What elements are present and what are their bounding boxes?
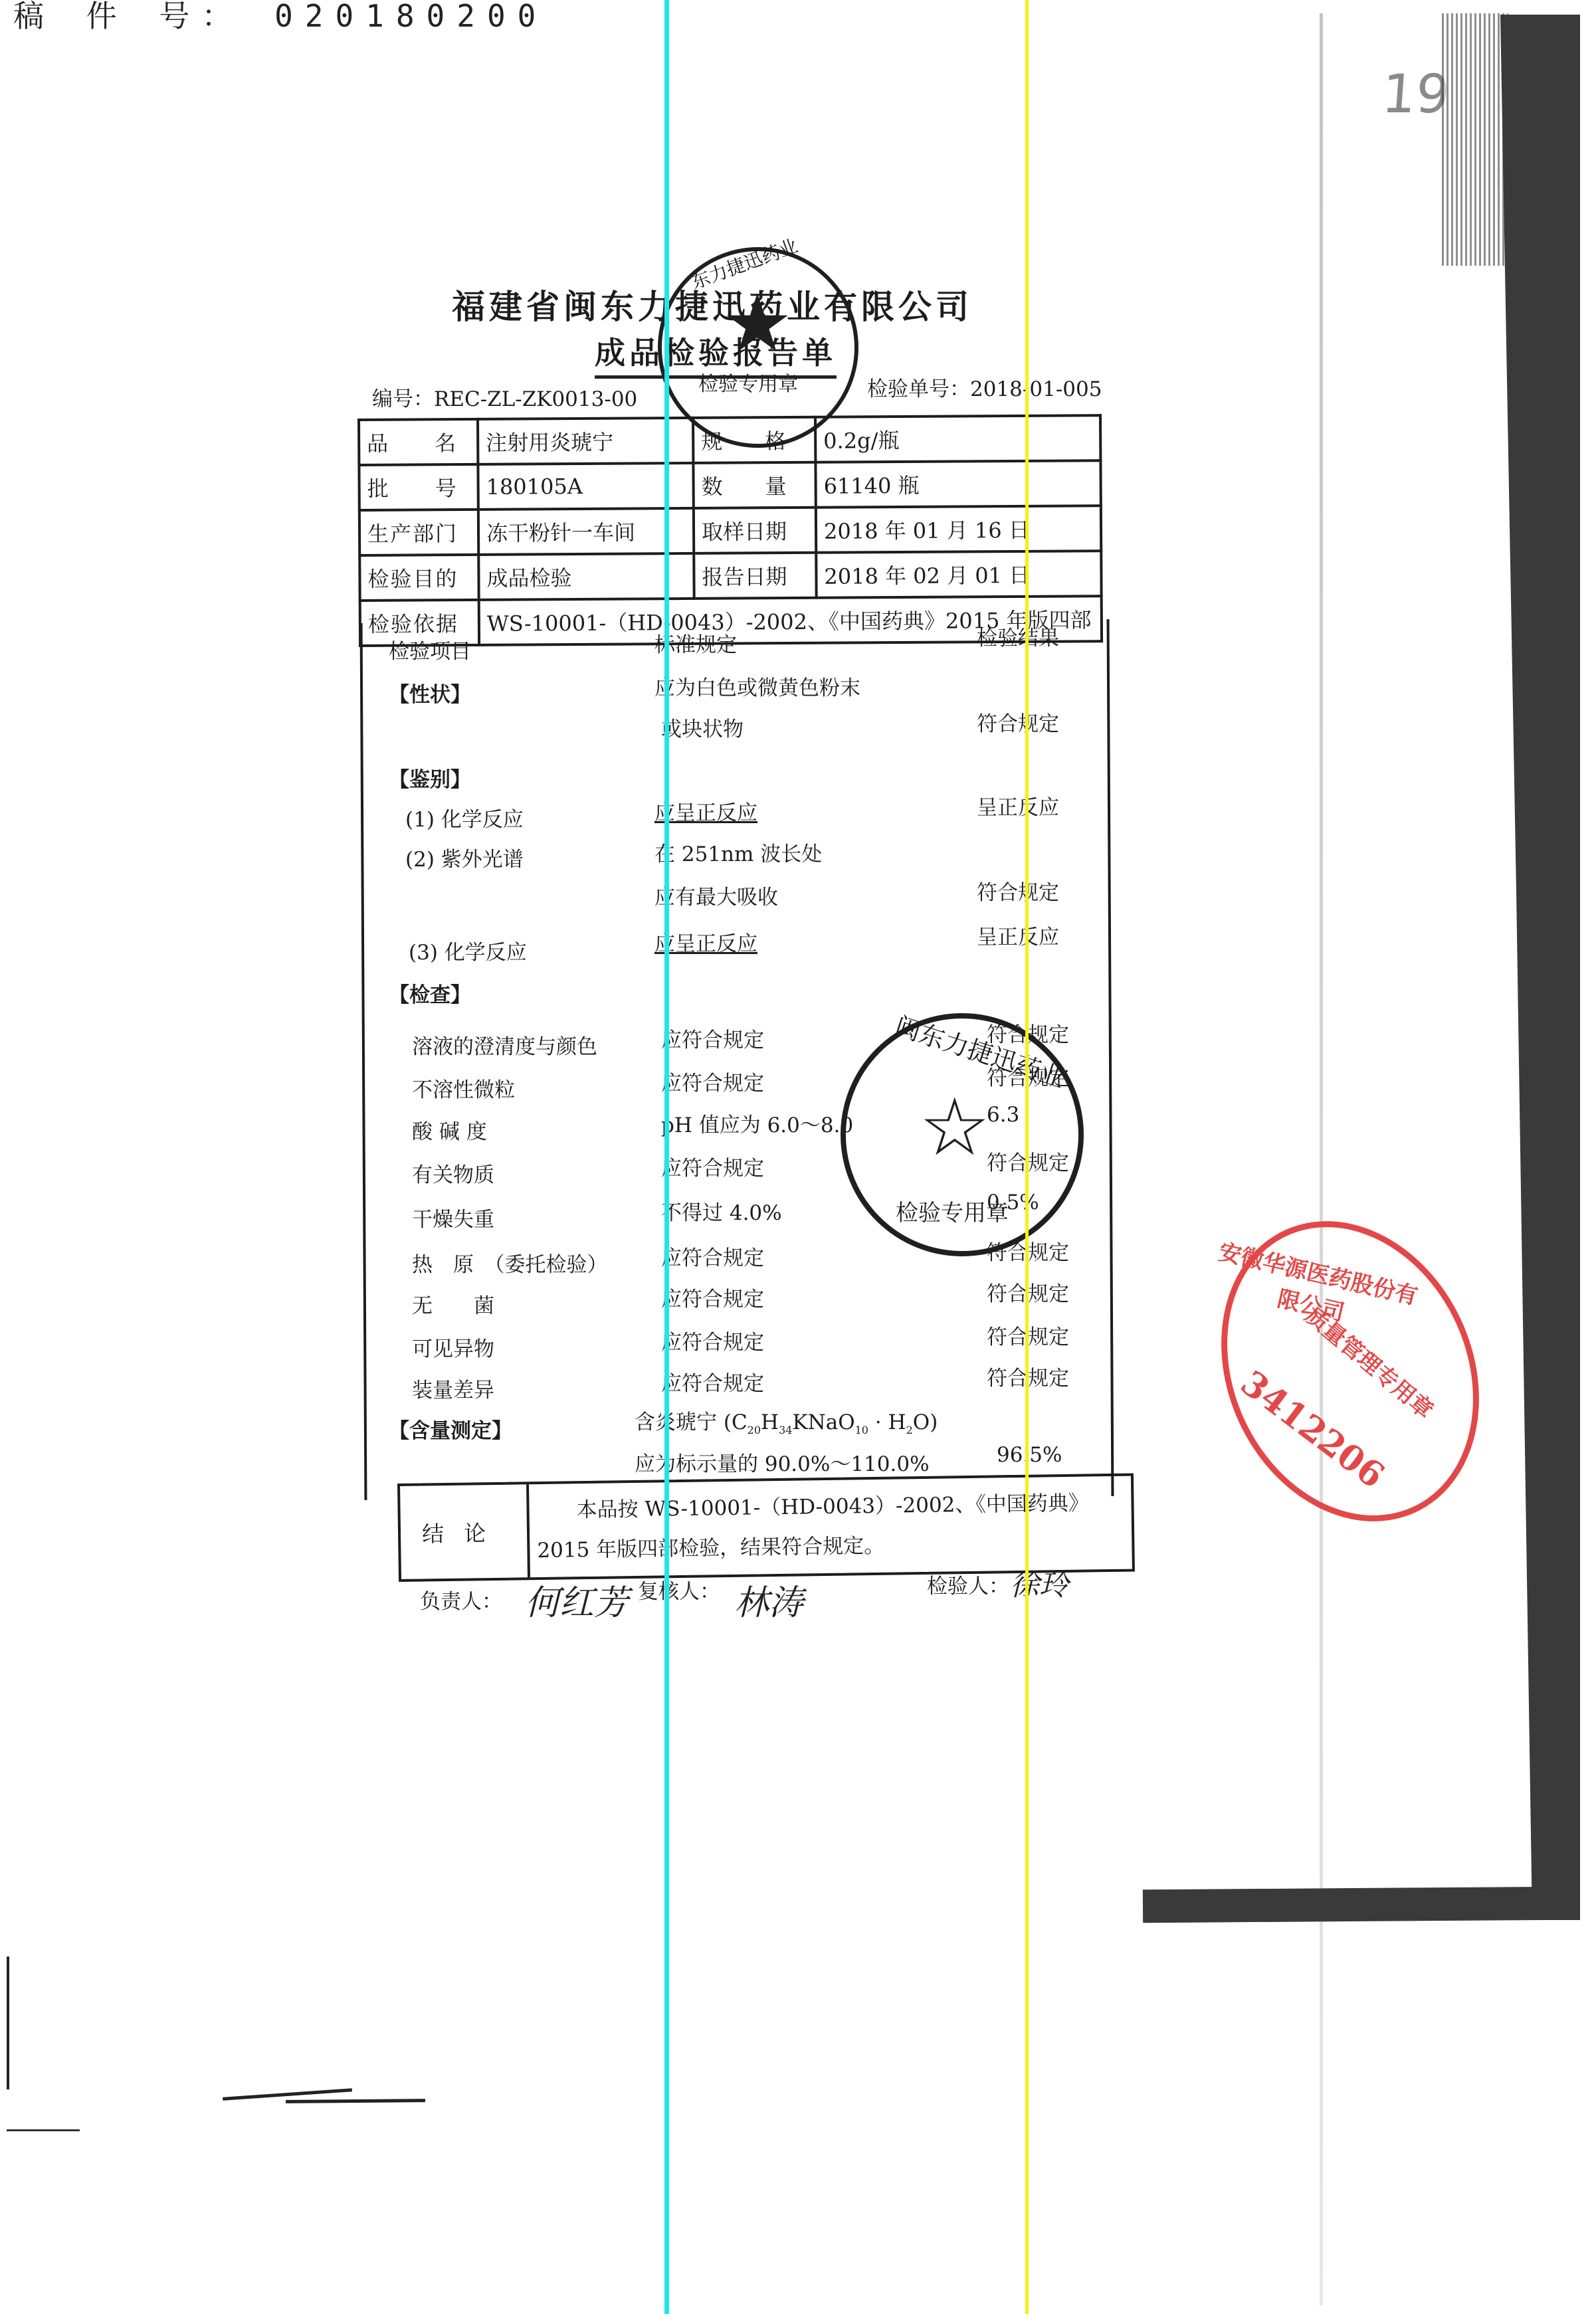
seal-bottom-text: 检验专用章 — [896, 1195, 1009, 1227]
info-row: 品 名 注射用炎琥宁 规 格 0.2g/瓶 — [359, 415, 1100, 465]
scan-dark-edge-right — [1500, 15, 1580, 1920]
formula-mid: KNaO — [792, 1410, 854, 1434]
red-seal-code: 3412206 — [1233, 1363, 1392, 1496]
info-row: 生产部门 冻干粉针一车间 取样日期 2018 年 01 月 16 日 — [359, 506, 1101, 555]
test-item: 溶液的澄清度与颜色 — [412, 1030, 597, 1060]
scan-stray-line — [223, 2088, 352, 2101]
formula-sub: 34 — [779, 1424, 792, 1436]
label-batch-no: 批 号 — [359, 464, 478, 510]
assay-prefix: 含炎琥宁 (C — [635, 1410, 748, 1434]
label-quantity: 数 量 — [693, 462, 815, 508]
test-item: 不溶性微粒 — [412, 1073, 515, 1103]
section-assay: 【含量测定】 — [389, 1414, 512, 1444]
assay-standard-1: 含炎琥宁 (C2034H34KNaO10 · H2O) — [635, 1405, 938, 1436]
test-standard: 不得过 4.0% — [661, 1196, 782, 1226]
scan-edge-left — [7, 1957, 9, 2089]
seal-bottom-text: 检验专用章 — [698, 367, 798, 397]
formula-sub: 2 — [906, 1424, 913, 1436]
formula-sub: 10 — [855, 1424, 868, 1436]
assay-result: 96.5% — [997, 1443, 1062, 1467]
value-department: 冻干粉针一车间 — [478, 508, 694, 555]
scan-noise-band — [1442, 13, 1508, 266]
ident-result-2: 符合规定 — [977, 876, 1059, 906]
inspector-signature: 徐玲 — [1010, 1561, 1068, 1604]
product-info-table: 品 名 注射用炎琥宁 规 格 0.2g/瓶 批 号 180105A 数 量 61… — [357, 414, 1103, 647]
ident-standard-3: 应呈正反应 — [654, 927, 757, 957]
reviewer-signature: 林涛 — [734, 1575, 803, 1624]
scan-fold-line — [1320, 13, 1323, 2305]
test-standard: 应符合规定 — [661, 1023, 764, 1053]
inspection-seal-middle: ☆ 闽东力捷迅药业 检验专用章 — [841, 1013, 1084, 1256]
appearance-standard-2: 或块状物 — [661, 712, 744, 742]
info-row: 检验目的 成品检验 报告日期 2018 年 02 月 01 日 — [359, 551, 1101, 601]
scan-dark-edge-bottom — [1143, 1887, 1568, 1923]
label-department: 生产部门 — [359, 510, 478, 555]
label-sampling-date: 取样日期 — [694, 508, 816, 553]
value-purpose: 成品检验 — [478, 553, 694, 600]
formula-end: O) — [913, 1410, 938, 1434]
test-standard: 应符合规定 — [661, 1367, 764, 1397]
appearance-standard-1: 应为白色或微黄色粉末 — [654, 671, 860, 701]
test-standard: pH 值应为 6.0～8.0 — [661, 1108, 853, 1138]
label-report-date: 报告日期 — [694, 553, 816, 599]
scanner-line-yellow — [1025, 0, 1029, 2314]
star-icon: ☆ — [919, 1082, 991, 1174]
responsible-signature: 何红芳 — [525, 1575, 629, 1624]
scanner-line-cyan — [664, 0, 669, 2314]
info-row: 批 号 180105A 数 量 61140 瓶 — [359, 460, 1100, 510]
scan-edge-bottom-left — [7, 2129, 80, 2131]
ident-standard-1: 应呈正反应 — [654, 796, 757, 826]
ident-result-1: 呈正反应 — [977, 791, 1059, 820]
label-product-name: 品 名 — [359, 419, 478, 465]
document-code: 编号：REC-ZL-ZK0013-00 — [372, 382, 637, 412]
test-item: 酸 碱 度 — [412, 1115, 487, 1145]
value-quantity: 61140 瓶 — [815, 460, 1100, 508]
responsible-label: 负责人： — [420, 1585, 502, 1614]
test-item: 无 菌 — [412, 1289, 494, 1319]
value-sampling-date: 2018 年 01 月 16 日 — [816, 506, 1101, 553]
test-item: 装量差异 — [412, 1373, 494, 1403]
test-standard: 应符合规定 — [661, 1066, 764, 1096]
appearance-result: 符合规定 — [977, 707, 1059, 737]
test-item: 热 原 （委托检验） — [412, 1248, 608, 1278]
test-standard: 应符合规定 — [661, 1241, 764, 1271]
test-standard: 应符合规定 — [661, 1282, 764, 1312]
section-appearance: 【性状】 — [389, 678, 471, 708]
handwritten-page-number: 19 — [1380, 63, 1452, 125]
conclusion-text: 本品按 WS-10001-（HD-0043）-2002、《中国药典》2015 年… — [536, 1483, 1122, 1571]
test-standard: 应符合规定 — [661, 1151, 764, 1181]
ident-item-3: (3) 化学反应 — [409, 935, 527, 965]
test-item: 有关物质 — [412, 1158, 494, 1188]
test-item: 干燥失重 — [412, 1203, 494, 1232]
label-specification: 规 格 — [693, 417, 815, 463]
quality-seal-red: 安徽华源医药股份有限公司 质量管理专用章 3412206 — [1173, 1179, 1526, 1564]
value-batch-no: 180105A — [478, 463, 693, 510]
inspector-label: 检验人： — [927, 1569, 1009, 1599]
reviewer-label: 复核人： — [638, 1575, 720, 1604]
inspection-number: 检验单号：2018-01-005 — [867, 372, 1102, 402]
ident-item-1: (1) 化学反应 — [405, 803, 524, 832]
section-identification: 【鉴别】 — [389, 763, 471, 793]
assay-standard-2: 应为标示量的 90.0%～110.0% — [635, 1447, 930, 1477]
value-product-name: 注射用炎琥宁 — [478, 418, 693, 464]
conclusion-label: 结论 — [400, 1484, 530, 1579]
col-header-item: 检验项目 — [389, 634, 471, 664]
formula-tail: · H — [868, 1410, 906, 1434]
section-tests: 【检查】 — [389, 978, 471, 1008]
test-standard: 应符合规定 — [661, 1325, 764, 1355]
col-header-result: 检验结果 — [977, 621, 1059, 651]
ident-result-3: 呈正反应 — [977, 920, 1059, 950]
star-icon: ★ — [722, 278, 793, 370]
ident-standard-2a: 在 251nm 波长处 — [654, 837, 822, 867]
formula-sub: 20 — [748, 1424, 761, 1436]
value-report-date: 2018 年 02 月 01 日 — [816, 551, 1101, 598]
ident-standard-2b: 应有最大吸收 — [654, 880, 778, 910]
ident-item-2: (2) 紫外光谱 — [405, 842, 524, 872]
fax-header-number: 稿 件 号： 020180200 — [13, 0, 548, 36]
scan-stray-line — [286, 2099, 425, 2103]
test-item: 可见异物 — [412, 1332, 494, 1362]
label-purpose: 检验目的 — [359, 555, 478, 601]
value-specification: 0.2g/瓶 — [815, 415, 1100, 462]
